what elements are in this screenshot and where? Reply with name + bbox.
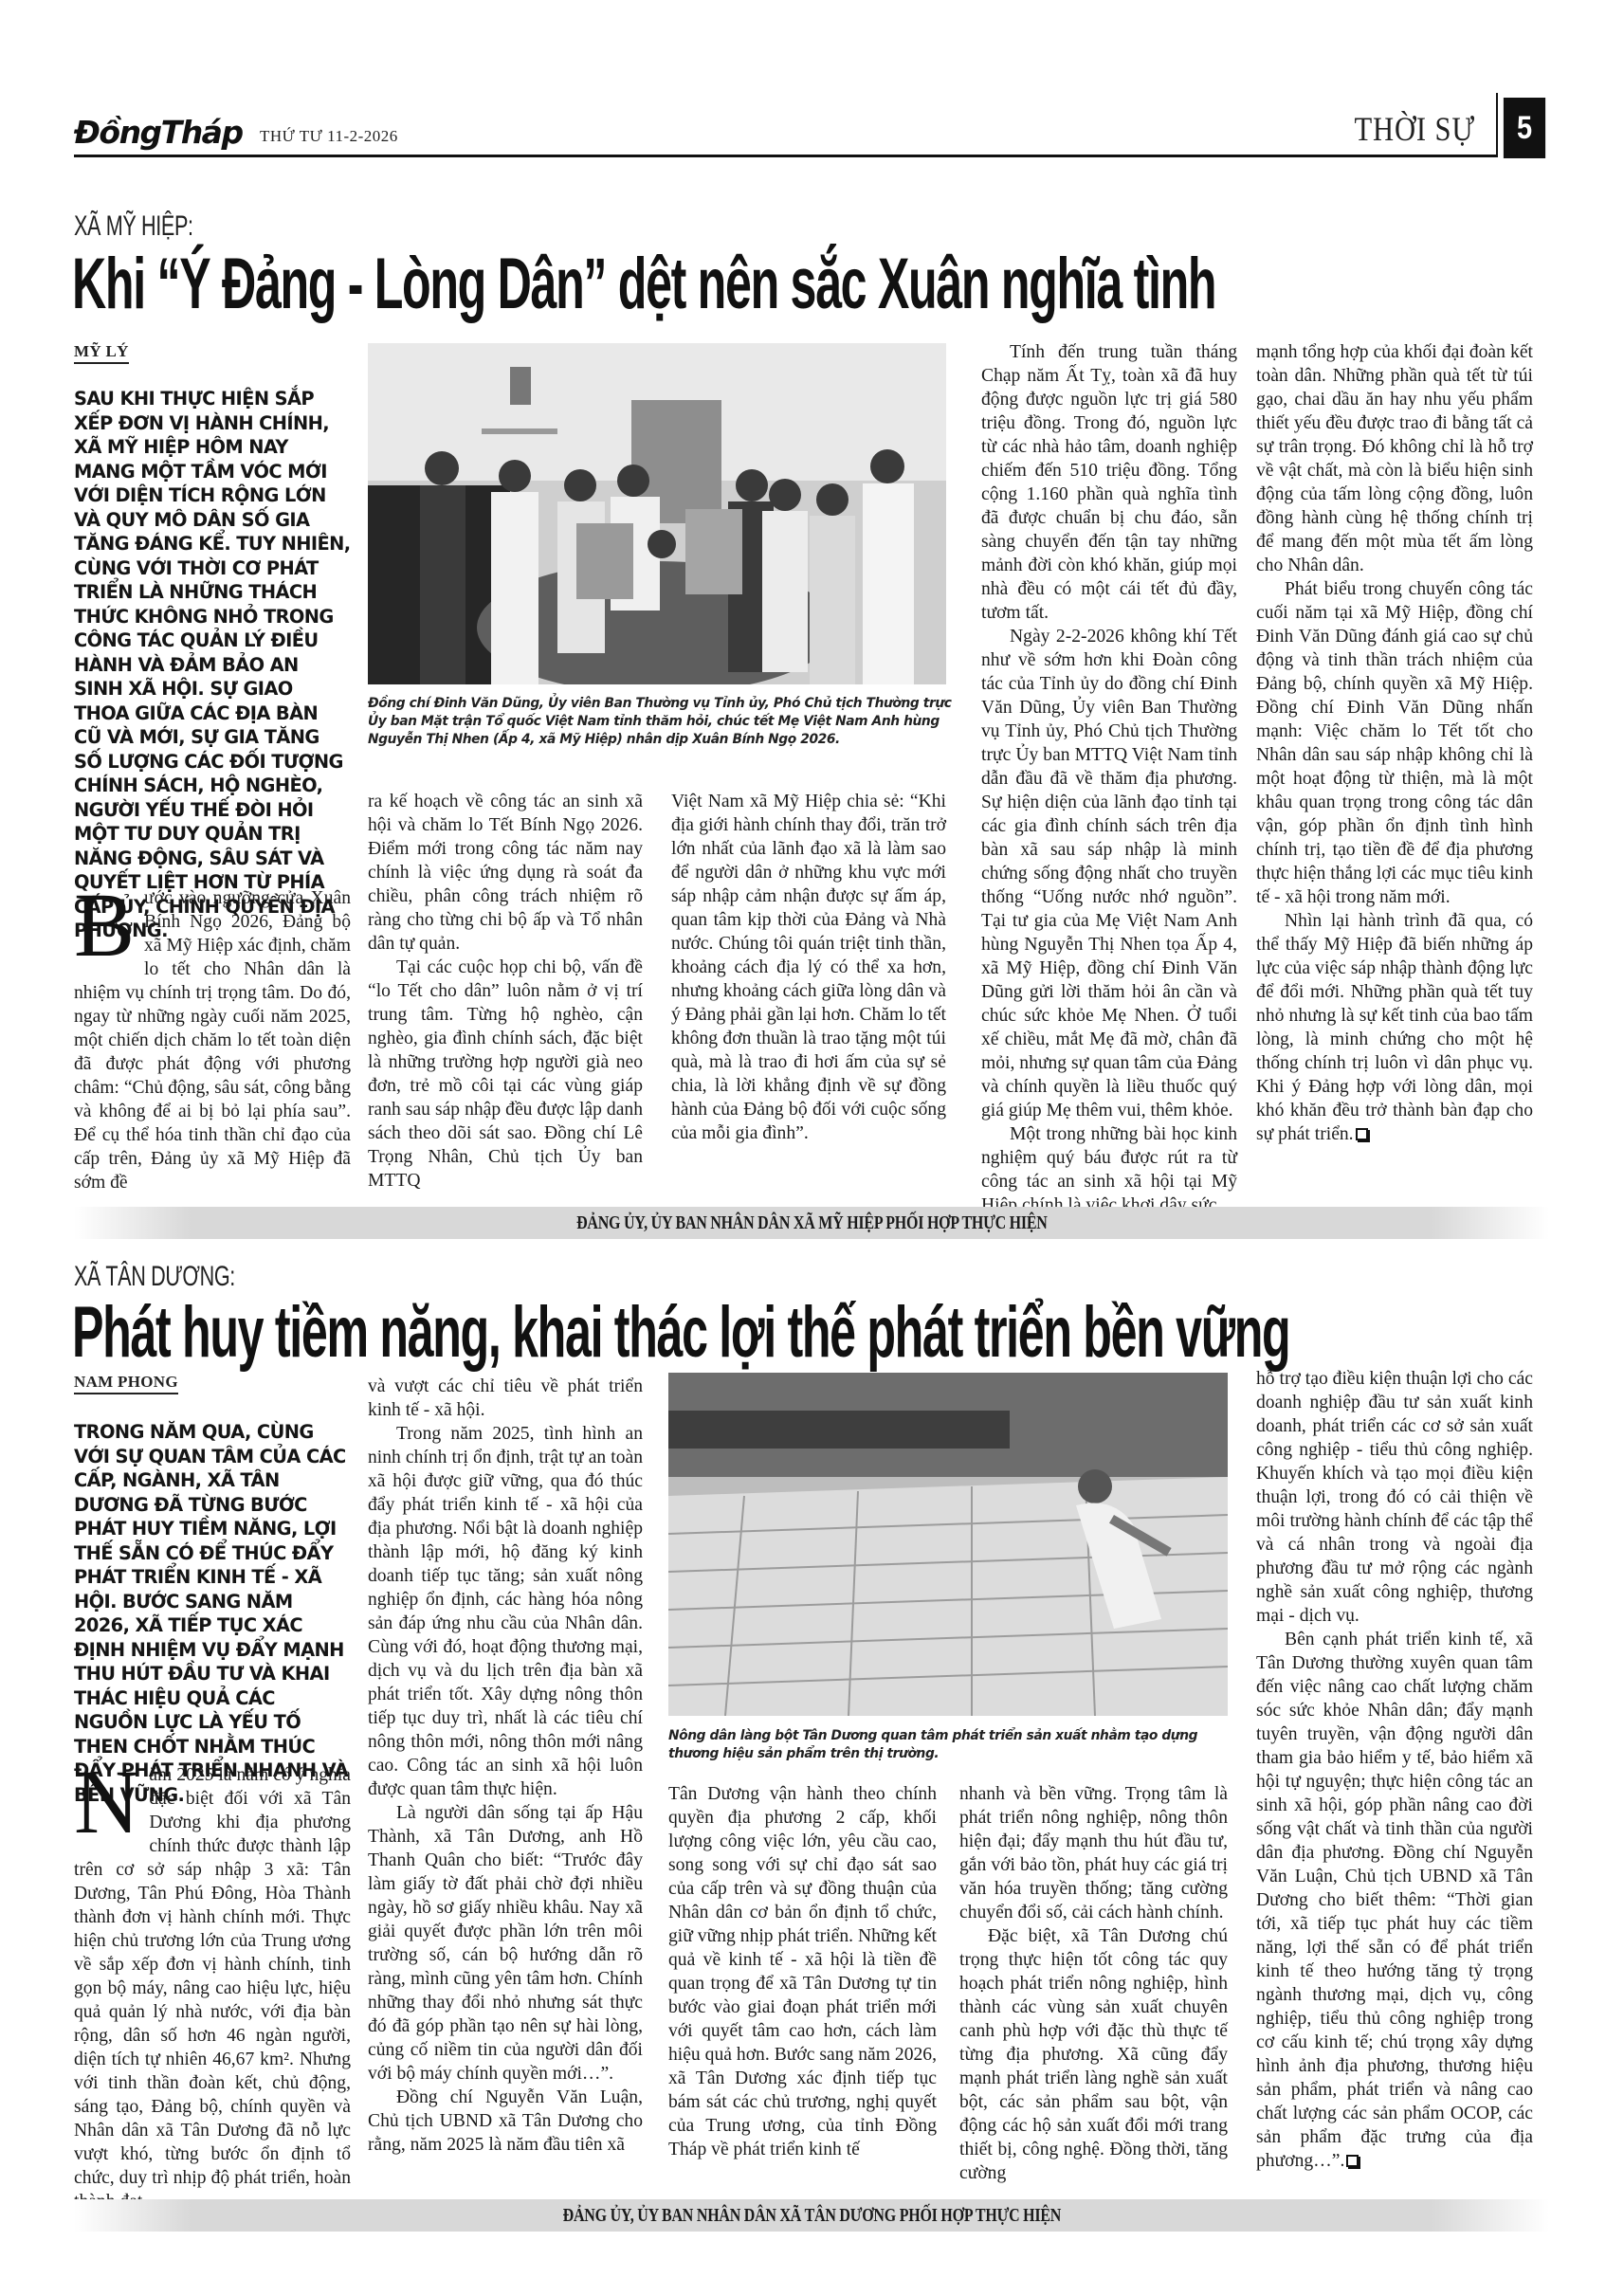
article2-column-3: Tân Dương vận hành theo chính quyền địa … [668,1782,937,2161]
section-name: THỜI SỰ [1355,109,1475,149]
article1-column-5: mạnh tổng hợp của khối đại đoàn kết toàn… [1256,340,1533,1146]
article1-column-1: Bước vào ngưỡng cửa Xuân Bính Ngọ 2026, … [74,886,351,1194]
article2-kicker: XÃ TÂN DƯƠNG: [74,1261,235,1293]
article1-photo [368,343,946,684]
dropcap: B [74,888,135,962]
group-photo-illustration [368,343,946,684]
dropcap: N [74,1765,139,1839]
article2-sapo: TRONG NĂM QUA, CÙNG VỚI SỰ QUAN TÂM CỦA … [74,1420,351,1807]
article2-photo [668,1373,1228,1716]
article2-column-4: nhanh và bền vững. Trọng tâm là phát tri… [959,1782,1228,2185]
article1-kicker: XÃ MỸ HIỆP: [74,210,193,243]
page-number: 5 [1504,98,1545,158]
end-of-article-square-icon [1356,1128,1368,1140]
article1-column-4: Tính đến trung tuần tháng Chạp năm Ất Tỵ… [981,340,1237,1217]
article1-column-3: Việt Nam xã Mỹ Hiệp chia sẻ: “Khi địa gi… [671,790,946,1145]
masthead: ĐồngTháp THỨ TƯ 11-2-2026 THỜI SỰ [74,95,1498,157]
article1-sponsor-banner: ĐẢNG ỦY, ỦY BAN NHÂN DÂN XÃ MỸ HIỆP PHỐI… [74,1207,1549,1239]
article2-sponsor-banner: ĐẢNG ỦY, ỦY BAN NHÂN DÂN XÃ TÂN DƯƠNG PH… [74,2199,1549,2232]
end-of-article-square-icon [1346,2155,1359,2167]
article2-column-2: và vượt các chỉ tiêu về phát triển kinh … [368,1375,643,2157]
article2-sponsor-text: ĐẢNG ỦY, ỦY BAN NHÂN DÂN XÃ TÂN DƯƠNG PH… [562,2199,1060,2232]
article2-column-5: hỗ trợ tạo điều kiện thuận lợi cho các d… [1256,1367,1533,2173]
article2-column-1: Năm 2025 là năm có ý nghĩa đặc biệt đối … [74,1763,351,2214]
rice-paper-farmer-illustration [668,1373,1228,1716]
article2-byline: NAM PHONG [74,1373,178,1394]
article2-photo-caption: Nông dân làng bột Tân Dương quan tâm phá… [668,1727,1237,1763]
article1-column-2: ra kế hoạch về công tác an sinh xã hội v… [368,790,643,1193]
article1-sapo: SAU KHI THỰC HIỆN SẮP XẾP ĐƠN VỊ HÀNH CH… [74,387,351,943]
issue-date: THỨ TƯ 11-2-2026 [260,127,398,146]
newspaper-logo: ĐồngTháp [74,114,243,151]
article2-headline: Phát huy tiềm năng, khai thác lợi thế ph… [72,1297,1289,1369]
section-divider [1496,93,1498,157]
article1-byline: MỸ LÝ [74,342,129,364]
article1-headline: Khi “Ý Đảng - Lòng Dân” dệt nên sắc Xuân… [72,248,1215,320]
article1-photo-caption: Đồng chí Đinh Văn Dũng, Ủy viên Ban Thườ… [368,695,965,749]
article1-sponsor-text: ĐẢNG ỦY, ỦY BAN NHÂN DÂN XÃ MỸ HIỆP PHỐI… [576,1207,1048,1239]
